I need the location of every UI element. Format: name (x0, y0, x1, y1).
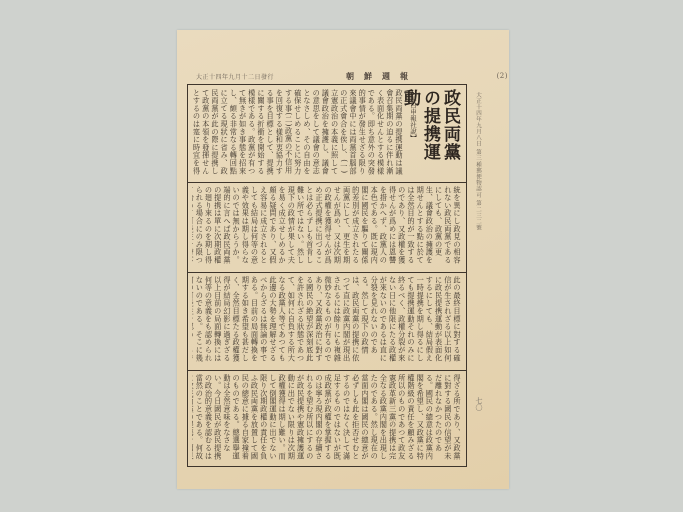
article-title: 政民両黨の提携運動 (416, 89, 460, 177)
article-text-tier2: 統を異にし政見の相容れない政民両黨であるにしても、政黨の更生、議會政治の擁護を期… (192, 186, 462, 270)
article-byline: 【毎日申報社說】 (409, 89, 418, 141)
article-text-tier1: 政民両黨の提携運動は議會召集期の迫るに伴れ漸く表面化せんとする模樣である。即ち意… (192, 89, 404, 179)
article-text-tier4: 得ざる所であり、又政黨に對する國民の信望が未だ離れなかつたのである。國民の總意は… (192, 374, 462, 462)
column-rule (188, 370, 466, 371)
column-rule (188, 182, 466, 183)
publication-date: 大正十四年九月十二日發行 (196, 72, 274, 81)
column-rule (188, 272, 466, 273)
article-text-tier3: 此の最終目標に對する確信が生されざる以上如何に政民提携運動が表面化するにしても、… (192, 276, 462, 368)
pencil-annotation: 七〇 (474, 397, 484, 411)
publication-name: 朝鮮週報 (346, 71, 418, 82)
postal-registration-note: 大正十四年九月八日 第三種郵便物認可 第二三二號 (474, 92, 482, 231)
page-header: 大正十四年九月十二日發行 朝鮮週報 (2) (196, 72, 508, 82)
article-frame: 政民両黨の提携運動 【毎日申報社說】 政民両黨の提携運動は議會召集期の迫るに伴れ… (187, 84, 467, 467)
page-number: (2) (497, 72, 508, 80)
